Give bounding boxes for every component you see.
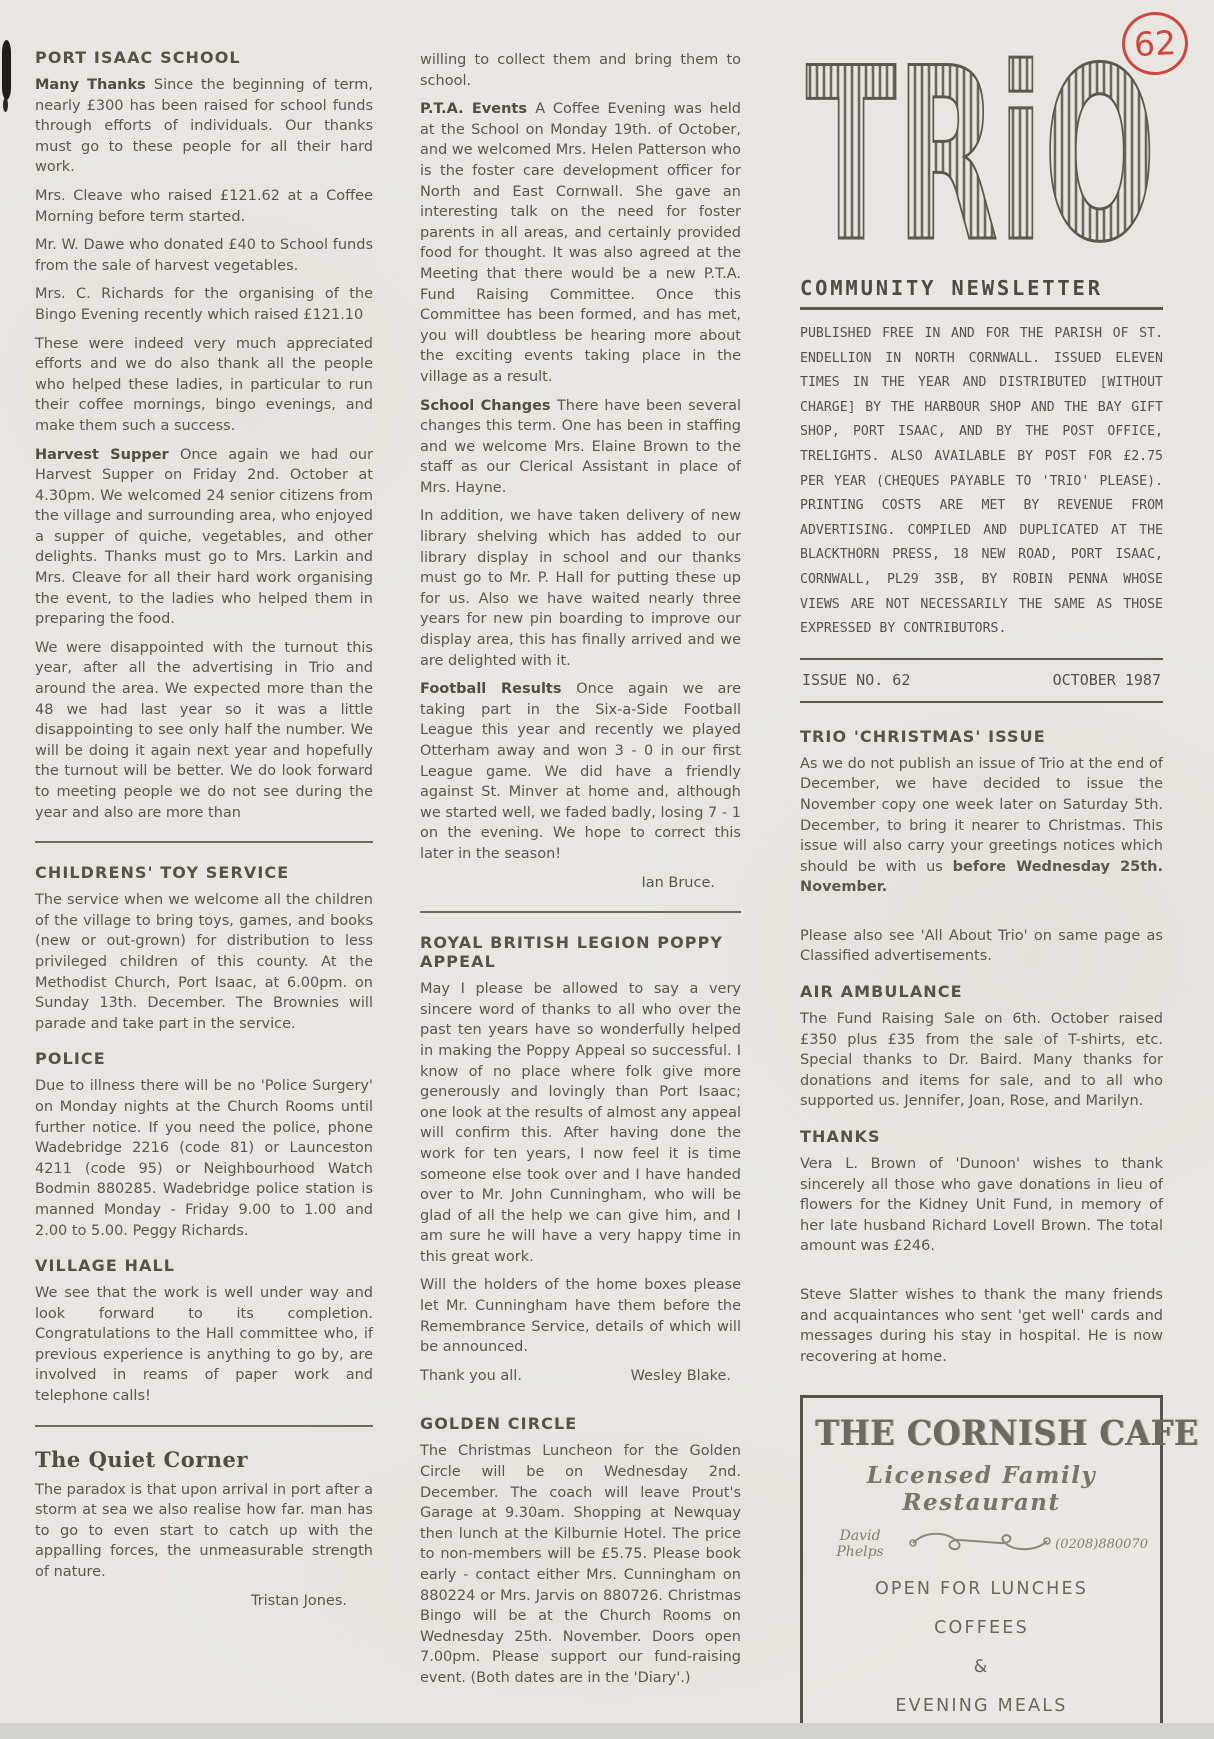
cafe-ad-subtitle: Licensed Family Restaurant [815, 1462, 1148, 1516]
paragraph: Thank you all.Wesley Blake. [420, 1366, 741, 1387]
paragraph: The Fund Raising Sale on 6th. October ra… [800, 1009, 1163, 1112]
cafe-phone: (0208)880070 [1055, 1537, 1148, 1552]
article: PORT ISAAC SCHOOLMany Thanks Since the b… [35, 48, 373, 823]
flourish-icon [905, 1529, 1055, 1559]
column-divider-rule [35, 1425, 373, 1427]
column-divider-rule [35, 841, 373, 843]
paragraph: willing to collect them and bring them t… [420, 50, 741, 91]
cafe-ad-title: THE CORNISH CAFE [815, 1413, 1148, 1454]
column-divider-rule [420, 911, 741, 913]
column-right: TRiO COMMUNITY NEWSLETTER PUBLISHED FREE… [800, 42, 1163, 1739]
paragraph: School Changes There have been several c… [420, 396, 741, 499]
paragraph: Many Thanks Since the beginning of term,… [35, 75, 373, 178]
cafe-ad-line: OPEN FOR LUNCHES [815, 1579, 1148, 1599]
signature: Wesley Blake. [631, 1366, 741, 1387]
article-title: POLICE [35, 1049, 373, 1068]
paragraph: Harvest Supper Once again we had our Har… [35, 445, 373, 630]
article-title: PORT ISAAC SCHOOL [35, 48, 373, 67]
article: ROYAL BRITISH LEGION POPPY APPEALMay I p… [420, 911, 741, 1386]
article-title: TRIO 'CHRISTMAS' ISSUE [800, 727, 1163, 746]
paragraph: Mrs. C. Richards for the organising of t… [35, 284, 373, 325]
column-middle: willing to collect them and bring them t… [420, 50, 741, 1697]
paragraph: Football Results Once again we are takin… [420, 679, 741, 864]
paragraph: Please also see 'All About Trio' on same… [800, 926, 1163, 967]
cafe-ad-contact-row: David Phelps (0208)880070 [815, 1528, 1148, 1560]
article-title: AIR AMBULANCE [800, 982, 1163, 1001]
paragraph: P.T.A. Events A Coffee Evening was held … [420, 99, 741, 387]
paragraph-text: Thank you all. [420, 1366, 522, 1387]
article: willing to collect them and bring them t… [420, 50, 741, 893]
article: VILLAGE HALLWe see that the work is well… [35, 1256, 373, 1407]
article-title: ROYAL BRITISH LEGION POPPY APPEAL [420, 933, 741, 971]
article-title: VILLAGE HALL [35, 1256, 373, 1275]
paragraph: Steve Slatter wishes to thank the many f… [800, 1285, 1163, 1367]
paragraph: We see that the work is well under way a… [35, 1283, 373, 1407]
trio-logo-text: TRiO [806, 42, 1156, 264]
signature: Ian Bruce. [420, 873, 741, 894]
cafe-ad-lines: OPEN FOR LUNCHES COFFEES & EVENING MEALS [815, 1579, 1148, 1716]
newsletter-page: 62 PORT ISAAC SCHOOLMany Thanks Since th… [0, 0, 1214, 1739]
article: POLICEDue to illness there will be no 'P… [35, 1049, 373, 1241]
article: AIR AMBULANCEThe Fund Raising Sale on 6t… [800, 982, 1163, 1112]
cafe-proprietor: David Phelps [815, 1528, 905, 1560]
column-right-articles: TRIO 'CHRISTMAS' ISSUEAs we do not publi… [800, 727, 1163, 1368]
article-title: The Quiet Corner [35, 1447, 373, 1472]
newsletter-title: COMMUNITY NEWSLETTER [800, 276, 1163, 310]
issue-row: ISSUE NO. 62 OCTOBER 1987 [800, 658, 1163, 703]
issue-number: ISSUE NO. 62 [802, 671, 910, 689]
article-title: GOLDEN CIRCLE [420, 1414, 741, 1433]
paragraph: Vera L. Brown of 'Dunoon' wishes to than… [800, 1154, 1163, 1257]
article: CHILDRENS' TOY SERVICEThe service when w… [35, 841, 373, 1034]
issue-date: OCTOBER 1987 [1053, 671, 1161, 689]
article: TRIO 'CHRISTMAS' ISSUEAs we do not publi… [800, 727, 1163, 967]
article: THANKSVera L. Brown of 'Dunoon' wishes t… [800, 1127, 1163, 1367]
article: The Quiet CornerThe paradox is that upon… [35, 1425, 373, 1612]
cafe-ad-line: EVENING MEALS [815, 1696, 1148, 1716]
paragraph: May I please be allowed to say a very si… [420, 979, 741, 1267]
scan-edge [0, 1723, 1214, 1739]
paragraph: Mrs. Cleave who raised £121.62 at a Coff… [35, 186, 373, 227]
paragraph: The paradox is that upon arrival in port… [35, 1480, 373, 1583]
article-title: CHILDRENS' TOY SERVICE [35, 863, 373, 882]
trio-logo: TRiO [800, 42, 1163, 268]
signature: Tristan Jones. [35, 1591, 373, 1612]
article: GOLDEN CIRCLEThe Christmas Luncheon for … [420, 1414, 741, 1688]
paragraph: Due to illness there will be no 'Police … [35, 1076, 373, 1241]
cafe-ad-line: COFFEES [815, 1618, 1148, 1638]
paragraph: As we do not publish an issue of Trio at… [800, 754, 1163, 898]
paragraph: Will the holders of the home boxes pleas… [420, 1275, 741, 1357]
paragraph: The Christmas Luncheon for the Golden Ci… [420, 1441, 741, 1688]
paragraph: Mr. W. Dawe who donated £40 to School fu… [35, 235, 373, 276]
paragraph: We were disappointed with the turnout th… [35, 638, 373, 823]
publication-info: PUBLISHED FREE IN AND FOR THE PARISH OF … [800, 322, 1163, 642]
paragraph: These were indeed very much appreciated … [35, 334, 373, 437]
cornish-cafe-ad: THE CORNISH CAFE Licensed Family Restaur… [800, 1395, 1163, 1739]
cafe-ad-line: & [815, 1657, 1148, 1677]
article-title: THANKS [800, 1127, 1163, 1146]
ink-smudge [2, 40, 11, 100]
paragraph: In addition, we have taken delivery of n… [420, 506, 741, 671]
column-left: PORT ISAAC SCHOOLMany Thanks Since the b… [35, 48, 373, 1619]
paragraph: The service when we welcome all the chil… [35, 890, 373, 1034]
